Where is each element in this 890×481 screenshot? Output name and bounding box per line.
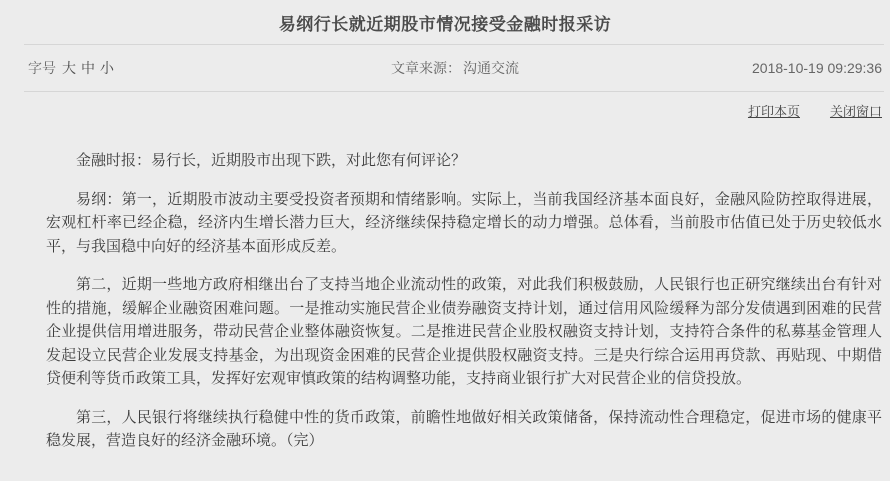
font-size-label: 字号 <box>28 58 56 78</box>
print-page-link[interactable]: 打印本页 <box>748 101 800 120</box>
source-label: 文章来源： <box>391 60 461 76</box>
toolbar-right: 2018-10-19 09:29:36 <box>519 60 884 76</box>
actions-row: 打印本页 关闭窗口 <box>0 92 890 128</box>
article-paragraph: 易纲：第一，近期股市波动主要受投资者预期和情绪影响。实际上，当前我国经济基本面良… <box>46 188 882 259</box>
font-size-large-button[interactable]: 大 <box>62 58 76 78</box>
article-body: 金融时报：易行长，近期股市出现下跌，对此您有何评论？易纲：第一，近期股市波动主要… <box>0 128 890 453</box>
article-paragraph: 第二，近期一些地方政府相继出台了支持当地企业流动性的政策，对此我们积极鼓励，人民… <box>46 273 882 391</box>
page-title: 易纲行长就近期股市情况接受金融时报采访 <box>279 10 612 35</box>
toolbar: 字号 大 中 小 文章来源：沟通交流 2018-10-19 09:29:36 <box>24 44 884 92</box>
source-value: 沟通交流 <box>463 60 519 76</box>
title-row: 易纲行长就近期股市情况接受金融时报采访 <box>0 0 890 44</box>
close-window-link[interactable]: 关闭窗口 <box>830 101 882 120</box>
publish-datetime: 2018-10-19 09:29:36 <box>752 60 882 76</box>
article-paragraph: 第三，人民银行将继续执行稳健中性的货币政策，前瞻性地做好相关政策储备，保持流动性… <box>46 406 882 453</box>
article-paragraph: 金融时报：易行长，近期股市出现下跌，对此您有何评论？ <box>46 149 882 173</box>
article-source: 文章来源：沟通交流 <box>391 58 519 78</box>
article-page: 易纲行长就近期股市情况接受金融时报采访 字号 大 中 小 文章来源：沟通交流 2… <box>0 0 890 481</box>
font-size-control: 字号 大 中 小 <box>24 58 391 78</box>
font-size-small-button[interactable]: 小 <box>100 58 114 78</box>
font-size-medium-button[interactable]: 中 <box>81 58 95 78</box>
